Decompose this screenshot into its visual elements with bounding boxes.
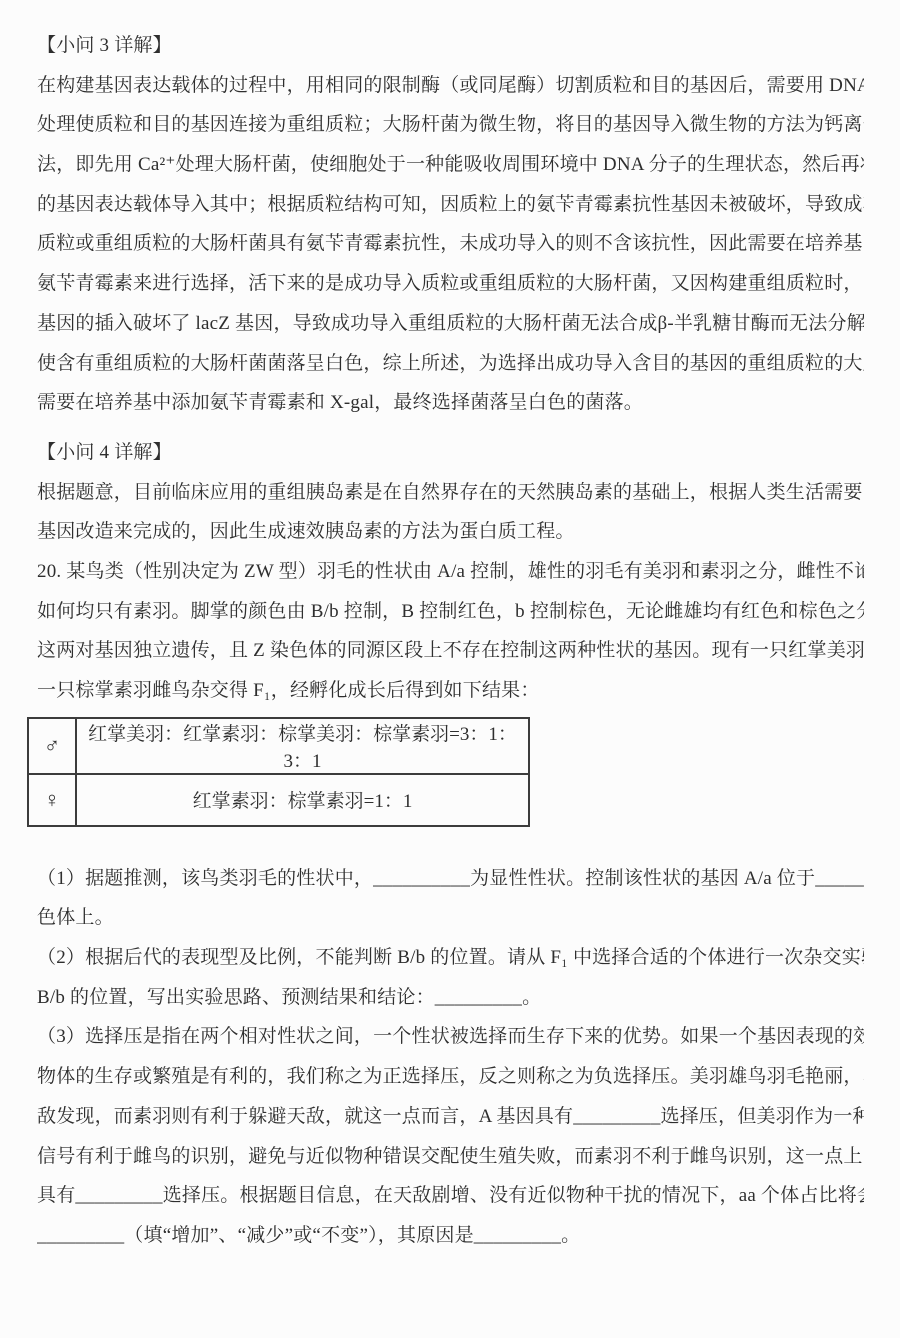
- text-line: 需要在培养基中添加氨苄青霉素和 X-gal，最终选择菌落呈白色的菌落。: [37, 383, 864, 423]
- male-symbol: ♂: [28, 718, 76, 774]
- text-line: 在构建基因表达载体的过程中，用相同的限制酶（或同尾酶）切割质粒和目的基因后，需要…: [37, 66, 864, 106]
- section-heading: 【小问 4 详解】: [37, 433, 864, 473]
- text-line: 基因的插入破坏了 lacZ 基因，导致成功导入重组质粒的大肠杆菌无法合成β-半乳…: [37, 304, 864, 344]
- text-line: B/b 的位置，写出实验思路、预测结果和结论：_________。: [37, 978, 864, 1018]
- text-line: 色体上。: [37, 898, 864, 938]
- text-line: 使含有重组质粒的大肠杆菌菌落呈白色，综上所述，为选择出成功导入含目的基因的重组质…: [37, 344, 864, 384]
- male-result-cell: 红掌美羽：红掌素羽：棕掌美羽：棕掌素羽=3：1：3：1: [76, 718, 529, 774]
- table-row-female: ♀ 红掌素羽：棕掌素羽=1：1: [28, 774, 529, 826]
- text-line: 如何均只有素羽。脚掌的颜色由 B/b 控制，B 控制红色，b 控制棕色，无论雌雄…: [37, 592, 864, 632]
- text-line: 法，即先用 Ca²⁺处理大肠杆菌，使细胞处于一种能吸收周围环境中 DNA 分子的…: [37, 145, 864, 185]
- text-line: 敌发现，而素羽则有利于躲避天敌，就这一点而言，A 基因具有_________选择…: [37, 1097, 864, 1137]
- f1-results-table: ♂ 红掌美羽：红掌素羽：棕掌美羽：棕掌素羽=3：1：3：1 ♀ 红掌素羽：棕掌素…: [27, 717, 530, 827]
- section-heading: 【小问 3 详解】: [37, 26, 864, 66]
- text-line: 质粒或重组质粒的大肠杆菌具有氨苄青霉素抗性，未成功导入的则不含该抗性，因此需要在…: [37, 224, 864, 264]
- text-line: 一只棕掌素羽雌鸟杂交得 F₁，经孵化成长后得到如下结果：: [37, 671, 864, 711]
- text-line: 氨苄青霉素来进行选择，活下来的是成功导入质粒或重组质粒的大肠杆菌，又因构建重组质…: [37, 264, 864, 304]
- text-line: 这两对基因独立遗传，且 Z 染色体的同源区段上不存在控制这两种性状的基因。现有一…: [37, 631, 864, 671]
- text-block-explanations: 【小问 3 详解】在构建基因表达载体的过程中，用相同的限制酶（或同尾酶）切割质粒…: [37, 26, 864, 711]
- document-content: 【小问 3 详解】在构建基因表达载体的过程中，用相同的限制酶（或同尾酶）切割质粒…: [0, 0, 900, 1256]
- text-line: 基因改造来完成的，因此生成速效胰岛素的方法为蛋白质工程。: [37, 512, 864, 552]
- female-symbol: ♀: [28, 774, 76, 826]
- question-2-line: （2）根据后代的表现型及比例，不能判断 B/b 的位置。请从 F₁ 中选择合适的…: [37, 938, 864, 978]
- question-3-line: （3）选择压是指在两个相对性状之间，一个性状被选择而生存下来的优势。如果一个基因…: [37, 1017, 864, 1057]
- text-line: 处理使质粒和目的基因连接为重组质粒；大肠杆菌为微生物，将目的基因导入微生物的方法…: [37, 105, 864, 145]
- text-line: 根据题意，目前临床应用的重组胰岛素是在自然界存在的天然胰岛素的基础上，根据人类生…: [37, 473, 864, 513]
- table-row-male: ♂ 红掌美羽：红掌素羽：棕掌美羽：棕掌素羽=3：1：3：1: [28, 718, 529, 774]
- document-page: 【小问 3 详解】在构建基因表达载体的过程中，用相同的限制酶（或同尾酶）切割质粒…: [0, 0, 900, 1338]
- text-line: 的基因表达载体导入其中；根据质粒结构可知，因质粒上的氨苄青霉素抗性基因未被破坏，…: [37, 185, 864, 225]
- text-line: _________（填“增加”、“减少”或“不变”），其原因是_________…: [37, 1216, 864, 1256]
- female-result-cell: 红掌素羽：棕掌素羽=1：1: [76, 774, 529, 826]
- text-line: 物体的生存或繁殖是有利的，我们称之为正选择压，反之则称之为负选择压。美羽雄鸟羽毛…: [37, 1057, 864, 1097]
- question-1-line: （1）据题推测，该鸟类羽毛的性状中，__________为显性性状。控制该性状的…: [37, 859, 864, 899]
- question-20-line: 20. 某鸟类（性别决定为 ZW 型）羽毛的性状由 A/a 控制，雄性的羽毛有美…: [37, 552, 864, 592]
- text-line: 信号有利于雌鸟的识别，避免与近似物种错误交配使生殖失败，而素羽不利于雌鸟识别，这…: [37, 1137, 864, 1177]
- text-line: 具有_________选择压。根据题目信息，在天敌剧增、没有近似物种干扰的情况下…: [37, 1176, 864, 1216]
- text-block-questions: （1）据题推测，该鸟类羽毛的性状中，__________为显性性状。控制该性状的…: [37, 859, 864, 1256]
